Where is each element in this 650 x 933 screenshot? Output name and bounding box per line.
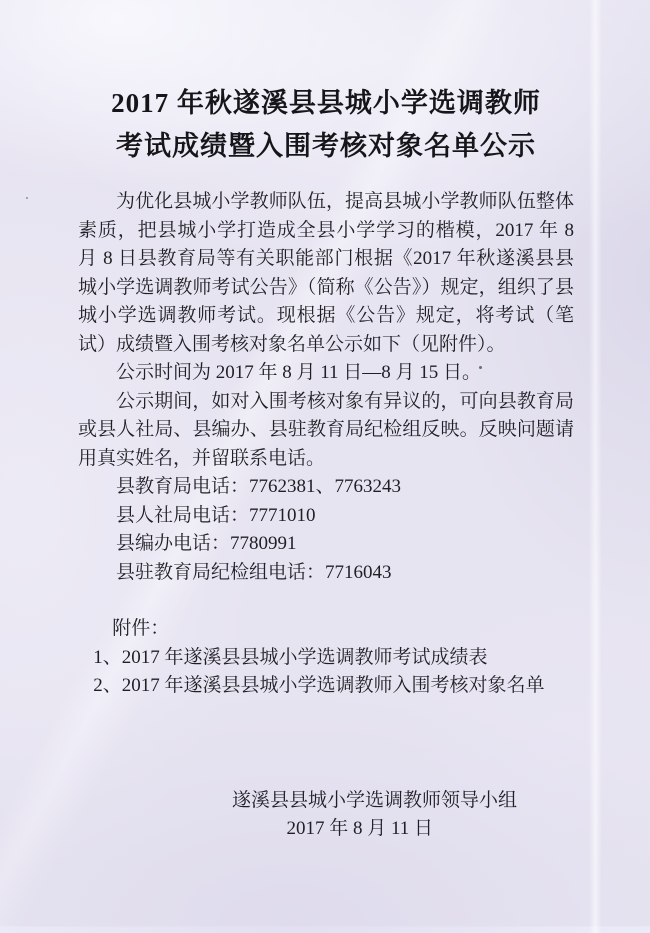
scanned-notice-page: 2017 年秋遂溪县县城小学选调教师 考试成绩暨入围考核对象名单公示 为优化县城… [0, 0, 650, 933]
contact-line: 县人社局电话：7771010 [78, 502, 574, 531]
attachment-item: 2、2017 年遂溪县县城小学选调教师入围考核对象名单 [78, 672, 574, 701]
signature-block: 遂溪县县城小学选调教师领导小组 2017 年 8 月 11 日 [78, 787, 574, 844]
title-line-1: 2017 年秋遂溪县县城小学选调教师 [78, 82, 574, 125]
notice-content: 2017 年秋遂溪县县城小学选调教师 考试成绩暨入围考核对象名单公示 为优化县城… [78, 82, 574, 844]
scan-speck [479, 366, 482, 369]
notice-paragraph: 为优化县城小学教师队伍，提高县城小学教师队伍整体素质，把县城小学打造成全县小学学… [78, 188, 574, 359]
attachments-heading: 附件： [78, 615, 574, 644]
contact-list: 县教育局电话：7762381、7763243 县人社局电话：7771010 县编… [78, 473, 574, 587]
attachments-section: 附件： 1、2017 年遂溪县县城小学选调教师考试成绩表 2、2017 年遂溪县… [78, 615, 574, 701]
signature-date: 2017 年 8 月 11 日 [78, 815, 574, 844]
attachment-item: 1、2017 年遂溪县县城小学选调教师考试成绩表 [78, 644, 574, 673]
signature-organization: 遂溪县县城小学选调教师领导小组 [78, 787, 574, 816]
contact-line: 县驻教育局纪检组电话：7716043 [78, 559, 574, 588]
notice-paragraph: 公示时间为 2017 年 8 月 11 日—8 月 15 日。 [78, 359, 574, 388]
contact-line: 县编办电话：7780991 [78, 530, 574, 559]
notice-paragraph: 公示期间，如对入围考核对象有异议的，可向县教育局或县人社局、县编办、县驻教育局纪… [78, 388, 574, 474]
title-line-2: 考试成绩暨入围考核对象名单公示 [78, 125, 574, 168]
contact-line: 县教育局电话：7762381、7763243 [78, 473, 574, 502]
page-title: 2017 年秋遂溪县县城小学选调教师 考试成绩暨入围考核对象名单公示 [78, 82, 574, 168]
notice-body: 为优化县城小学教师队伍，提高县城小学教师队伍整体素质，把县城小学打造成全县小学学… [78, 188, 574, 844]
scan-speck [26, 197, 28, 199]
